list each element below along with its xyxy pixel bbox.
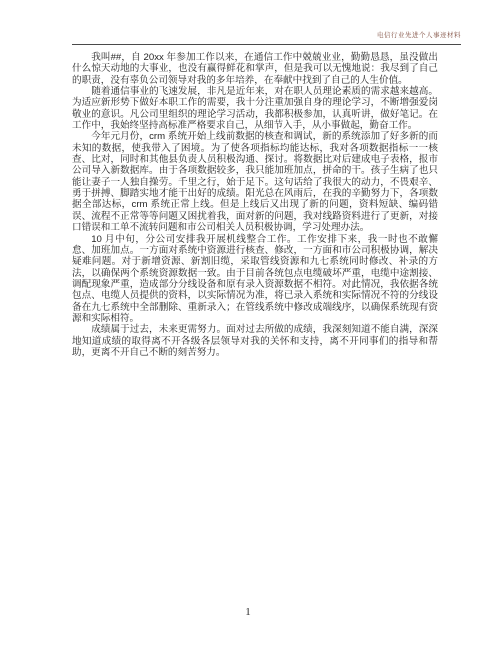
document-body: 我叫##，自 20xx 年参加工作以来，在通信工作中兢兢业业，勤勤恳恳，虽没做出… [72,52,438,358]
header-title: 电信行业先进个人事迹材料 [377,32,461,39]
paragraph: 我叫##，自 20xx 年参加工作以来，在通信工作中兢兢业业，勤勤恳恳，虽没做出… [72,52,438,86]
paragraph: 成绩属于过去，未来更需努力。面对过去所做的成绩，我深刻知道不能自满，深深地知道成… [72,324,438,358]
page-header: 电信行业先进个人事迹材料 [72,0,461,45]
document-page: 电信行业先进个人事迹材料 我叫##，自 20xx 年参加工作以来，在通信工作中兢… [0,0,500,647]
paragraph: 随着通信事业的飞速发展，非凡是近年来，对在职人员理论素质的需求越来越高。为适应新… [72,86,438,131]
paragraph: 今年元月份，crm 系统开始上线前数据的核查和调试，新的系统添加了好多新的而未知… [72,131,438,233]
paragraph: 10 月中旬，分公司安排我开展机线整合工作。工作安排下来，我一时也不敢懈怠、加班… [72,234,438,325]
page-number: 1 [245,606,251,618]
page-footer: 1 [65,602,431,620]
